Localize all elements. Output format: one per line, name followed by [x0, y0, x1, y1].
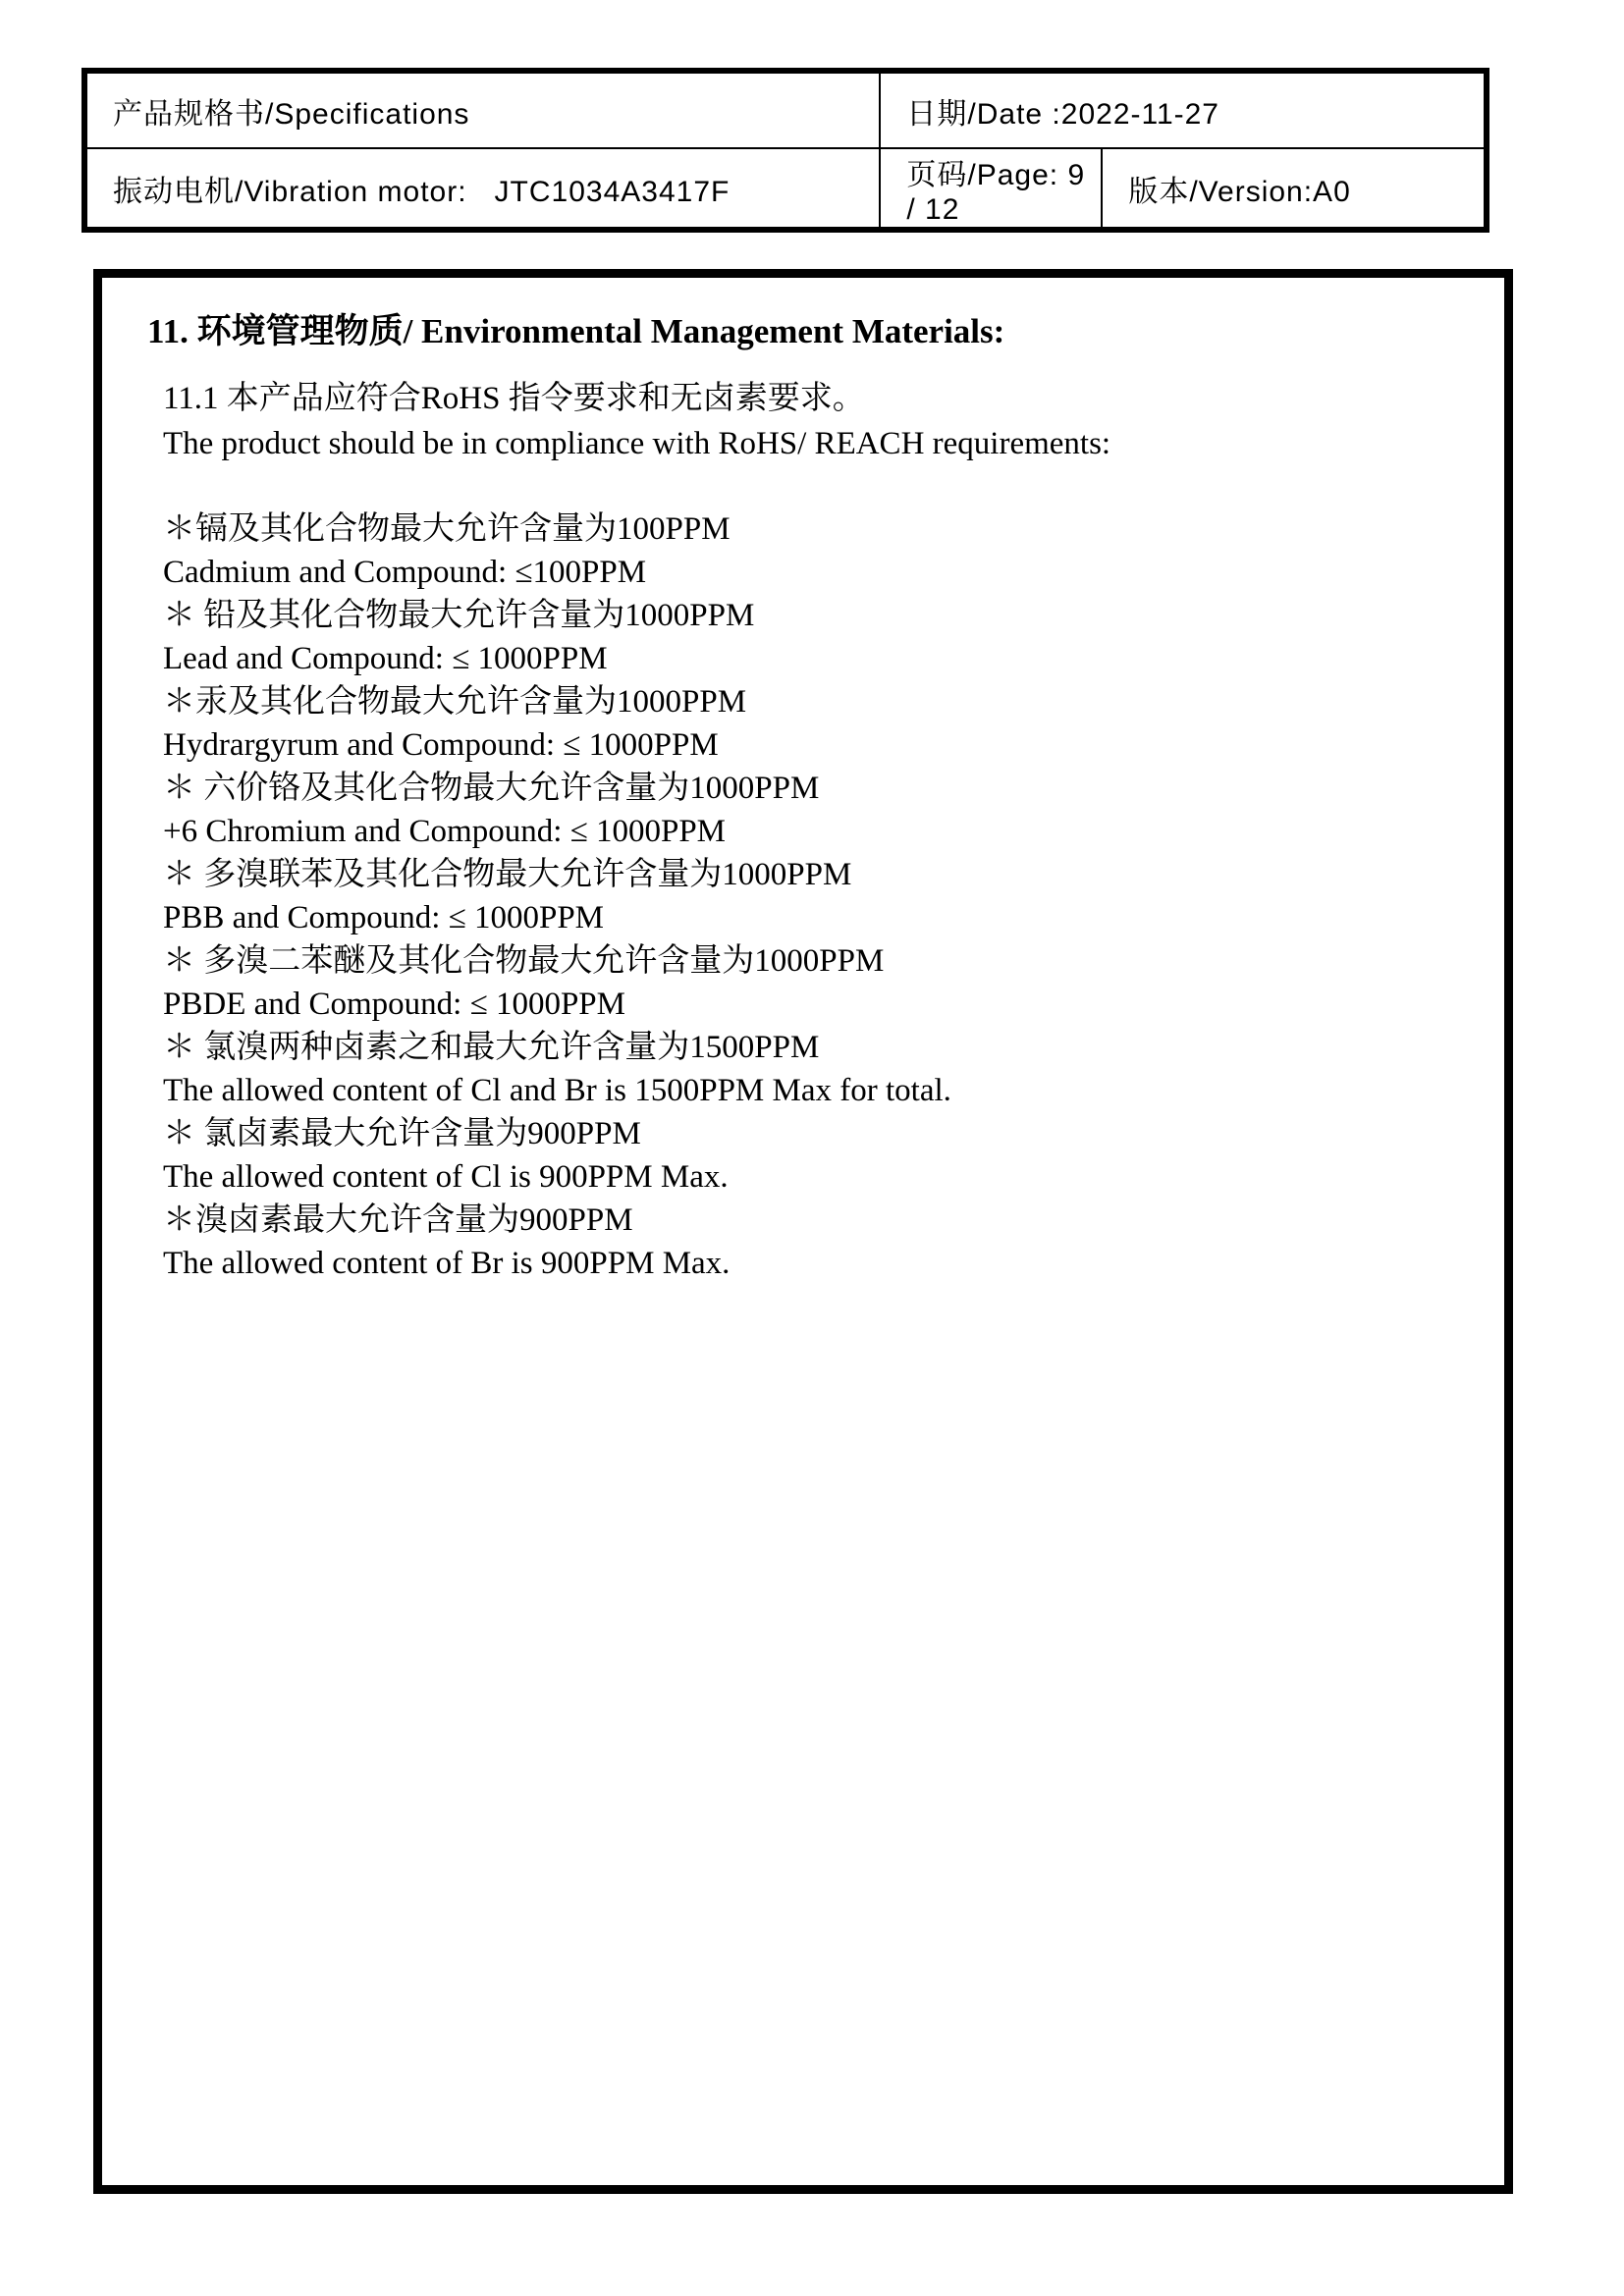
material-item-cn: ＊ 氯溴两种卤素之和最大允许含量为1500PPM [163, 1026, 1504, 1069]
material-item-en: Cadmium and Compound: ≤100PPM [163, 551, 1504, 594]
material-item-en: Lead and Compound: ≤ 1000PPM [163, 637, 1504, 680]
material-item-cn: ＊溴卤素最大允许含量为900PPM [163, 1199, 1504, 1242]
material-item-en: The allowed content of Cl is 900PPM Max. [163, 1155, 1504, 1199]
material-item-cn: ＊ 氯卤素最大允许含量为900PPM [163, 1112, 1504, 1155]
material-item-en: PBDE and Compound: ≤ 1000PPM [163, 983, 1504, 1026]
header-row-1: 产品规格书/Specifications 日期/Date :2022-11-27 [84, 71, 1487, 148]
intro-line-cn: 11.1 本产品应符合RoHS 指令要求和无卤素要求。 [163, 376, 1504, 421]
product-model-cell: 振动电机/Vibration motor: JTC1034A3417F [84, 148, 880, 230]
material-item-cn: ＊ 铅及其化合物最大允许含量为1000PPM [163, 594, 1504, 637]
material-item-cn: ＊ 多溴联苯及其化合物最大允许含量为1000PPM [163, 853, 1504, 896]
intro-line-en: The product should be in compliance with… [163, 421, 1504, 466]
version-cell: 版本/Version:A0 [1102, 148, 1487, 230]
intro-block: 11.1 本产品应符合RoHS 指令要求和无卤素要求。 The product … [163, 376, 1504, 466]
header-row-2: 振动电机/Vibration motor: JTC1034A3417F 页码/P… [84, 148, 1487, 230]
material-item-en: +6 Chromium and Compound: ≤ 1000PPM [163, 810, 1504, 853]
material-item-en: The allowed content of Br is 900PPM Max. [163, 1242, 1504, 1285]
material-item-en: The allowed content of Cl and Br is 1500… [163, 1069, 1504, 1112]
material-item-cn: ＊汞及其化合物最大允许含量为1000PPM [163, 680, 1504, 723]
material-item-en: PBB and Compound: ≤ 1000PPM [163, 896, 1504, 939]
content-box: 11. 环境管理物质/ Environmental Management Mat… [93, 269, 1513, 2194]
spec-title-cell: 产品规格书/Specifications [84, 71, 880, 148]
materials-list: ＊镉及其化合物最大允许含量为100PPM Cadmium and Compoun… [163, 507, 1504, 1285]
document-page: 产品规格书/Specifications 日期/Date :2022-11-27… [0, 0, 1624, 2296]
page-number-cell: 页码/Page: 9 / 12 [880, 148, 1102, 230]
material-item-en: Hydrargyrum and Compound: ≤ 1000PPM [163, 723, 1504, 767]
section-heading: 11. 环境管理物质/ Environmental Management Mat… [147, 311, 1504, 352]
material-item-cn: ＊ 六价铬及其化合物最大允许含量为1000PPM [163, 767, 1504, 810]
material-item-cn: ＊镉及其化合物最大允许含量为100PPM [163, 507, 1504, 551]
date-cell: 日期/Date :2022-11-27 [880, 71, 1487, 148]
header-table: 产品规格书/Specifications 日期/Date :2022-11-27… [81, 68, 1489, 233]
material-item-cn: ＊ 多溴二苯醚及其化合物最大允许含量为1000PPM [163, 939, 1504, 983]
